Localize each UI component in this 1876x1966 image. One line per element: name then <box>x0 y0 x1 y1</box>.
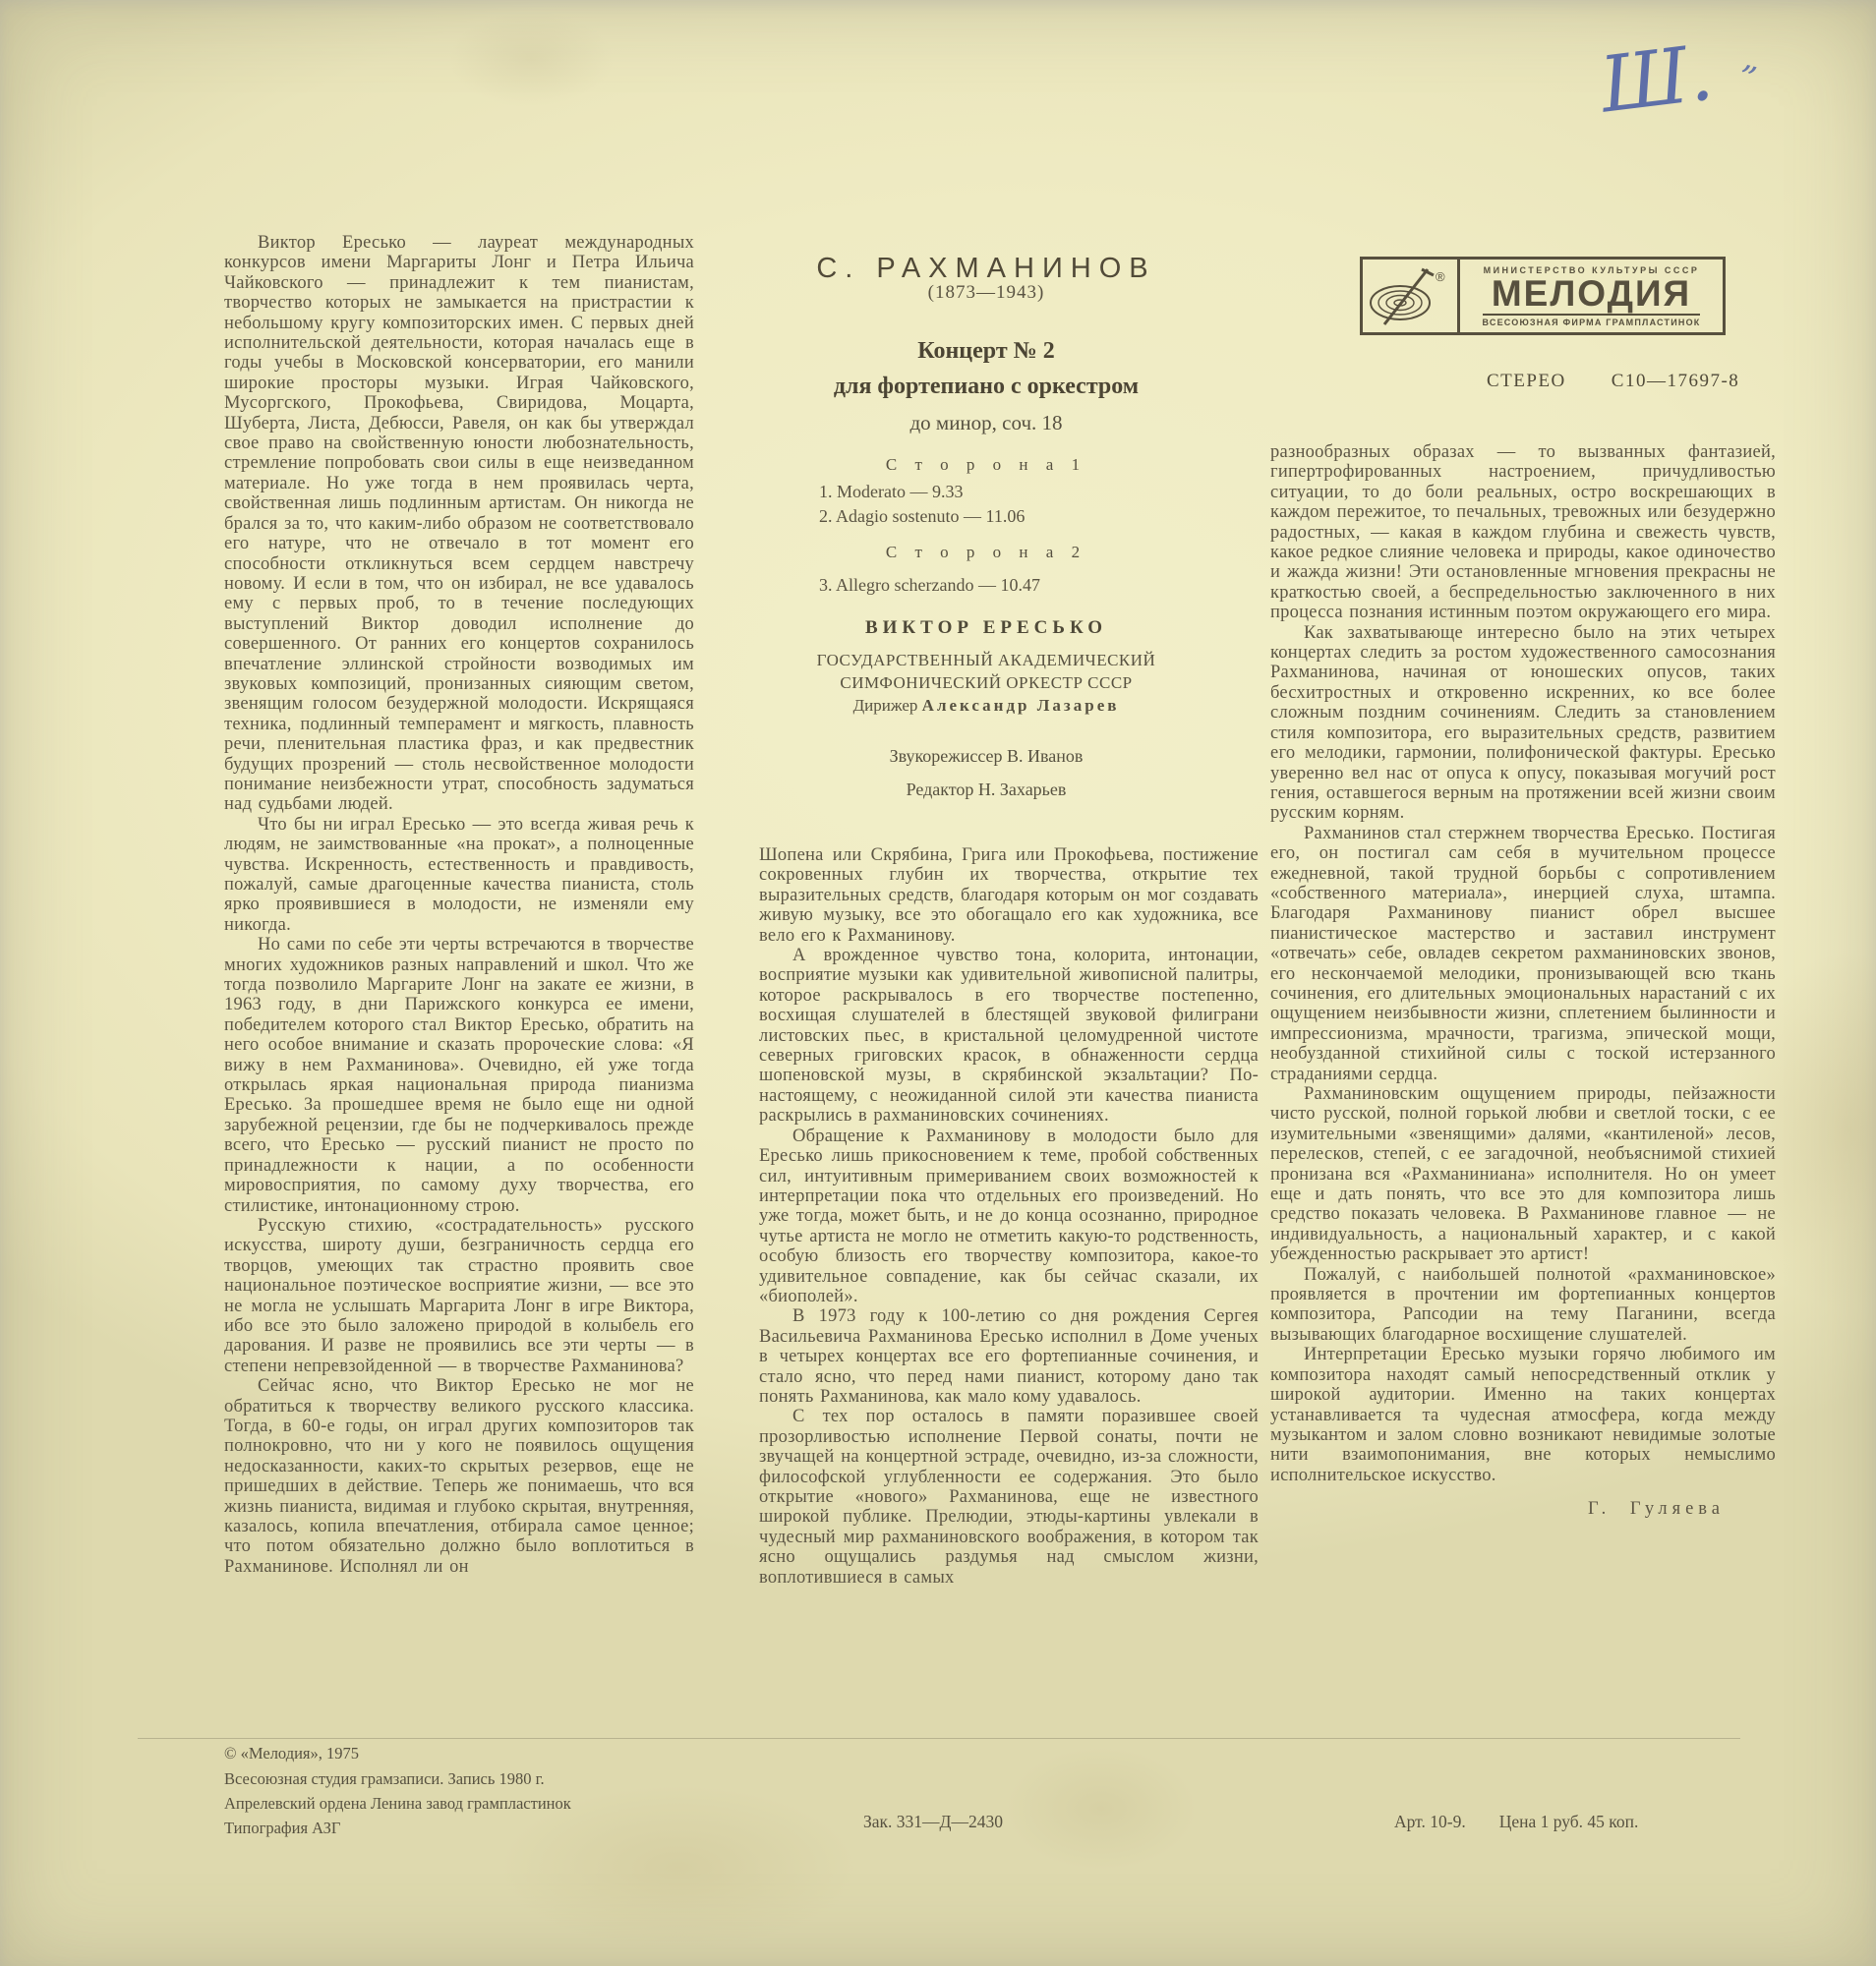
liner-notes-paragraph: Русскую стихию, «сострадательность» русс… <box>224 1216 694 1376</box>
catalog-line: СТЕРЕО С10—17697-8 <box>1487 371 1739 392</box>
work-title-line1: Концерт № 2 <box>706 338 1266 365</box>
conductor-label: Дирижер <box>853 696 918 715</box>
liner-notes-paragraph: Шопена или Скрябина, Грига или Прокофьев… <box>759 845 1259 946</box>
order-number: Зак. 331—Д—2430 <box>863 1812 1003 1832</box>
liner-notes-paragraph: Рахманиновским ощущением природы, пейзаж… <box>1270 1084 1776 1265</box>
liner-notes-paragraph: Интерпретации Ересько музыки горячо люби… <box>1270 1345 1776 1485</box>
album-back-cover: Ш. ” Виктор Ересько — лауреат международ… <box>0 0 1876 1966</box>
sound-engineer-credit: Звукорежиссер В. Иванов <box>706 746 1266 767</box>
handwritten-mark: Ш. <box>1597 34 1717 124</box>
liner-notes-center-column: Шопена или Скрябина, Грига или Прокофьев… <box>759 845 1259 1588</box>
work-title-line3: до минор, соч. 18 <box>706 411 1266 435</box>
side-1-label: С т о р о н а 1 <box>706 455 1266 475</box>
side-2-label: С т о р о н а 2 <box>706 543 1266 562</box>
article-price-line: Арт. 10-9. Цена 1 руб. 45 коп. <box>1394 1812 1638 1832</box>
article-number: Арт. 10-9. <box>1394 1812 1466 1832</box>
work-title-line2: для фортепиано с оркестром <box>706 374 1266 400</box>
composer-title: С. РАХМАНИНОВ <box>706 253 1266 285</box>
liner-notes-paragraph: Но сами по себе эти черты встречаются в … <box>224 935 694 1216</box>
handwritten-tick-mark: ” <box>1733 57 1760 99</box>
price-label: Цена 1 руб. 45 коп. <box>1499 1812 1639 1832</box>
track-item: 1. Moderato — 9.33 <box>819 480 1232 504</box>
paper-fold-line <box>138 1738 1740 1739</box>
melodiya-logo: ® МИНИСТЕРСТВО КУЛЬТУРЫ СССР МЕЛОДИЯ ВСЕ… <box>1360 257 1726 335</box>
track-item: 3. Allegro scherzando — 10.47 <box>819 573 1232 598</box>
registered-mark: ® <box>1436 269 1445 284</box>
liner-notes-paragraph: Сейчас ясно, что Виктор Ересько не мог н… <box>224 1376 694 1577</box>
stereo-label: СТЕРЕО <box>1487 371 1566 392</box>
melodiya-logo-text: МИНИСТЕРСТВО КУЛЬТУРЫ СССР МЕЛОДИЯ ВСЕСО… <box>1460 260 1723 332</box>
editor-credit: Редактор Н. Захарьев <box>706 780 1266 800</box>
pressing-plant-line: Апрелевский ордена Ленина завод грамплас… <box>224 1794 571 1814</box>
liner-notes-paragraph: Рахманинов стал стержнем творчества Ерес… <box>1270 824 1776 1084</box>
orchestra-line2: СИМФОНИЧЕСКИЙ ОРКЕСТР СССР <box>706 673 1266 693</box>
performer-name: ВИКТОР ЕРЕСЬКО <box>706 617 1266 639</box>
liner-notes-paragraph: С тех пор осталось в памяти поразившее с… <box>759 1407 1259 1588</box>
liner-notes-paragraph: Обращение к Рахманинову в молодости было… <box>759 1127 1259 1307</box>
liner-notes-paragraph: Виктор Ересько — лауреат международных к… <box>224 233 694 815</box>
copyright-line: © «Мелодия», 1975 <box>224 1744 359 1764</box>
track-item: 2. Adagio sostenuto — 11.06 <box>819 504 1232 529</box>
side-1-tracklist: 1. Moderato — 9.33 2. Adagio sostenuto —… <box>819 480 1232 529</box>
liner-notes-paragraph: Как захватывающе интересно было на этих … <box>1270 623 1776 824</box>
liner-notes-left-column: Виктор Ересько — лауреат международных к… <box>224 233 694 1577</box>
liner-notes-paragraph: В 1973 году к 100-летию со дня рождения … <box>759 1306 1259 1407</box>
side-2-tracklist: 3. Allegro scherzando — 10.47 <box>819 573 1232 598</box>
record-tonearm-icon: ® <box>1363 260 1460 332</box>
catalog-number: С10—17697-8 <box>1612 371 1740 392</box>
author-signature: Г. Гуляева <box>1270 1499 1776 1519</box>
conductor-name: Александр Лазарев <box>922 696 1120 715</box>
orchestra-line1: ГОСУДАРСТВЕННЫЙ АКАДЕМИЧЕСКИЙ <box>706 651 1266 670</box>
composer-dates: (1873—1943) <box>706 282 1266 304</box>
liner-notes-right-column: разнообразных образах — то вызванных фан… <box>1270 442 1776 1520</box>
liner-notes-paragraph: Что бы ни играл Ересько — это всегда жив… <box>224 815 694 935</box>
conductor-credit: Дирижер Александр Лазарев <box>706 696 1266 716</box>
studio-line: Всесоюзная студия грамзаписи. Запись 198… <box>224 1769 545 1789</box>
printer-line: Типография АЗГ <box>224 1819 340 1838</box>
liner-notes-paragraph: Пожалуй, с наибольшей полнотой «рахманин… <box>1270 1265 1776 1346</box>
brand-name: МЕЛОДИЯ <box>1492 275 1691 313</box>
brand-subtitle: ВСЕСОЮЗНАЯ ФИРМА ГРАМПЛАСТИНОК <box>1483 314 1701 327</box>
liner-notes-paragraph: А врожденное чувство тона, колорита, инт… <box>759 946 1259 1127</box>
liner-notes-paragraph: разнообразных образах — то вызванных фан… <box>1270 442 1776 623</box>
